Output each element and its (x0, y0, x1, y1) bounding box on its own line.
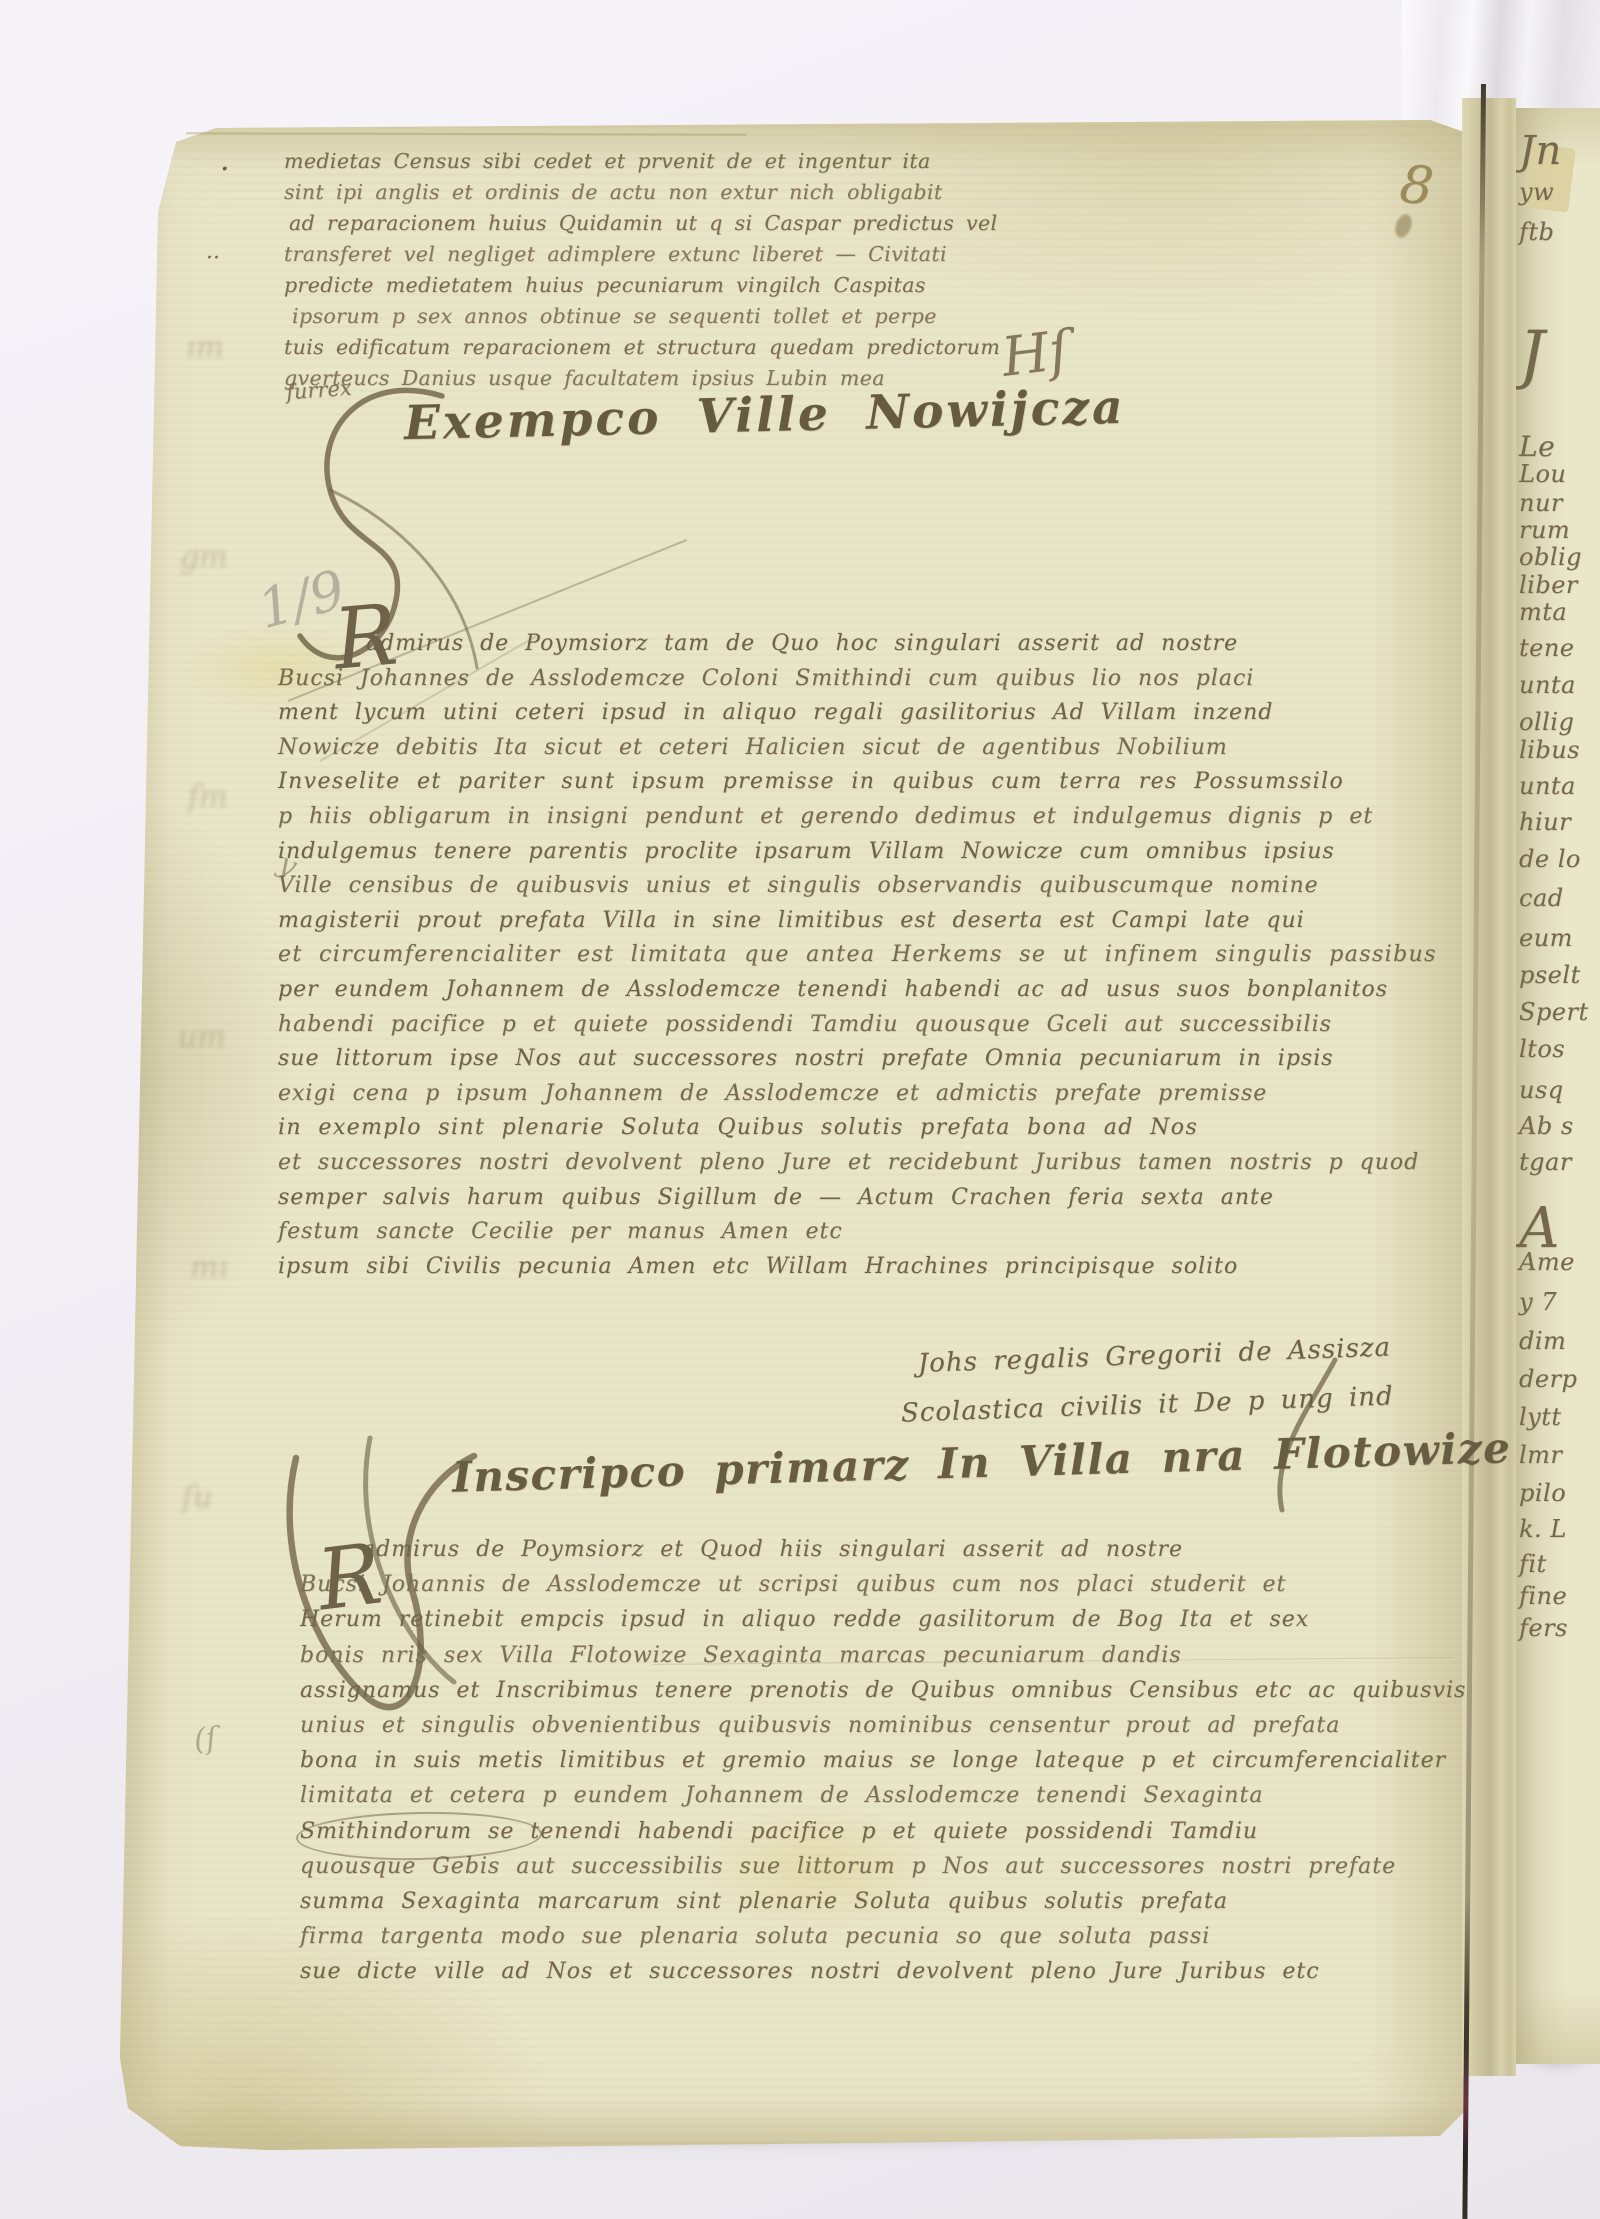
manuscript-line: ad reparacionem huius Quidamin ut q si C… (289, 208, 1000, 239)
text-fragment: Ame (1519, 1248, 1575, 1276)
manuscript-line: ipsum sibi Civilis pecunia Amen etc Will… (278, 1250, 1437, 1285)
text-fragment: eum (1519, 924, 1573, 952)
margin-mark: Hſ (998, 318, 1072, 389)
manuscript-line: magisterii prout prefata Villa in sine l… (278, 904, 1437, 939)
manuscript-line: p hiis obligarum in insigni pendunt et g… (278, 800, 1437, 835)
manuscript-line: festum sancte Cecilie per manus Amen etc (278, 1215, 1437, 1250)
manuscript-line: exigi cena p ipsum Johannem de Asslodemc… (278, 1077, 1437, 1112)
text-fragment: dim (1519, 1327, 1566, 1355)
charter-text-exempcio: admirus de Poymsiorz tam de Quo hoc sing… (278, 627, 1437, 1284)
text-fragment: pilo (1519, 1479, 1566, 1507)
manuscript-line: transferet vel negliget adimplere extunc… (284, 239, 1000, 270)
text-fragment: Le (1519, 430, 1555, 463)
facing-page-text-fragments: JnywftbJLeLounurrumobliglibermtateneunta… (1516, 0, 1600, 2064)
manuscript-line: et circumferencialiter est limitata que … (278, 938, 1437, 973)
ghost-mark: ſu (182, 1480, 212, 1515)
manuscript-line: ipsorum p sex annos obtinue se sequenti … (292, 301, 1000, 332)
manuscript-line: bona in suis metis limitibus et gremio m… (300, 1743, 1466, 1778)
manuscript-line: admirus de Poymsiorz tam de Quo hoc sing… (366, 627, 1437, 662)
manuscript-line: sint ipi anglis et ordinis de actu non e… (284, 177, 1000, 208)
manuscript-scan: JnywftbJLeLounurrumobliglibermtateneunta… (0, 0, 1600, 2219)
text-fragment: ltos (1519, 1035, 1565, 1063)
text-fragment: cad (1519, 884, 1564, 912)
manuscript-line: Ville censibus de quibusvis unius et sin… (278, 869, 1437, 904)
paragraph-continuation: medietas Census sibi cedet et prvenit de… (284, 146, 1000, 394)
text-fragment: fit (1519, 1550, 1547, 1578)
margin-mark: (ſ (192, 1721, 218, 1758)
manuscript-line: predicte medietatem huius pecuniarum vin… (284, 270, 1000, 301)
text-fragment: hiur (1519, 808, 1571, 836)
manuscript-line: Bucsi Johannis de Asslodemcze ut scripsi… (300, 1567, 1466, 1602)
manuscript-line: Inveselite et pariter sunt ipsum premiss… (278, 765, 1437, 800)
manuscript-line: sue dicte ville ad Nos et successores no… (300, 1954, 1466, 1989)
manuscript-line: Bucsi Johannes de Asslodemcze Coloni Smi… (278, 662, 1437, 697)
charter-text-inscripcio: admirus de Poymsiorz et Quod hiis singul… (300, 1532, 1466, 1990)
margin-mark: R (312, 1525, 387, 1630)
text-fragment: Spert (1519, 998, 1589, 1026)
text-fragment: tgar (1519, 1148, 1572, 1176)
manuscript-line: et successores nostri devolvent pleno Ju… (278, 1146, 1437, 1181)
text-fragment: usq (1519, 1076, 1564, 1104)
text-fragment: fers (1519, 1614, 1568, 1642)
text-fragment: tene (1519, 634, 1575, 662)
manuscript-line: semper salvis harum quibus Sigillum de —… (278, 1181, 1437, 1216)
manuscript-line: per eundem Johannem de Asslodemcze tenen… (278, 973, 1437, 1008)
manuscript-line: in exemplo sint plenarie Soluta Quibus s… (278, 1111, 1437, 1146)
text-fragment: yw (1519, 178, 1554, 206)
manuscript-line: summa Sexaginta marcarum sint plenarie S… (300, 1884, 1466, 1919)
manuscript-line: Nowicze debitis Ita sicut et ceteri Hali… (278, 731, 1437, 766)
manuscript-line: limitata et cetera p eundem Johannem de … (300, 1778, 1466, 1813)
manuscript-line: tuis edificatum reparacionem et structur… (284, 332, 1000, 363)
manuscript-line: ment lycum utini ceteri ipsud in aliquo … (278, 696, 1437, 731)
manuscript-line: indulgemus tenere parentis proclite ipsa… (278, 835, 1437, 870)
text-fragment: rum (1519, 516, 1570, 544)
text-fragment: lytt (1519, 1403, 1562, 1431)
text-fragment: Jn (1519, 128, 1562, 174)
text-fragment: unta (1519, 671, 1576, 699)
text-fragment: unta (1519, 772, 1576, 800)
text-fragment: fine (1519, 1582, 1567, 1610)
text-fragment: ollig (1519, 708, 1574, 736)
text-fragment: derp (1519, 1365, 1577, 1393)
text-fragment: lmr (1519, 1441, 1562, 1469)
manuscript-line: assignamus et Inscribimus tenere prenoti… (300, 1673, 1466, 1708)
text-fragment: ftb (1519, 218, 1554, 246)
text-fragment: mta (1519, 598, 1567, 626)
text-fragment: liber (1519, 571, 1578, 599)
margin-mark: · (220, 152, 230, 187)
folio-number: 8 (1397, 154, 1436, 217)
manuscript-line: sue littorum ipse Nos aut successores no… (278, 1042, 1437, 1077)
manuscript-line: bonis nris sex Villa Flotowize Sexaginta… (300, 1638, 1466, 1673)
text-fragment: J (1519, 318, 1545, 392)
text-fragment: libus (1519, 736, 1580, 764)
manuscript-line: Herum retinebit empcis ipsud in aliquo r… (300, 1602, 1466, 1637)
manuscript-line: firma targenta modo sue plenaria soluta … (300, 1919, 1466, 1954)
ghost-mark: gm (180, 540, 228, 575)
text-fragment: Lou (1519, 460, 1566, 488)
text-fragment: k. L (1519, 1515, 1567, 1543)
manuscript-line: admirus de Poymsiorz et Quod hiis singul… (362, 1532, 1466, 1567)
text-fragment: nur (1519, 489, 1563, 517)
ghost-mark: um (178, 1020, 226, 1055)
ghost-mark: ſm (188, 780, 228, 815)
manuscript-line: medietas Census sibi cedet et prvenit de… (284, 146, 1000, 177)
text-fragment: y 7 (1519, 1288, 1557, 1316)
margin-mark: ·· (206, 246, 220, 271)
manuscript-line: unius et singulis obvenientibus quibusvi… (300, 1708, 1466, 1743)
ghost-mark: mı (190, 1250, 228, 1285)
text-fragment: Ab s (1519, 1112, 1574, 1140)
manuscript-line: habendi pacifice p et quiete possidendi … (278, 1008, 1437, 1043)
text-fragment: de lo (1519, 845, 1581, 873)
text-fragment: pselt (1519, 961, 1581, 989)
text-fragment: oblig (1519, 543, 1582, 571)
ghost-mark: ım (186, 330, 224, 365)
